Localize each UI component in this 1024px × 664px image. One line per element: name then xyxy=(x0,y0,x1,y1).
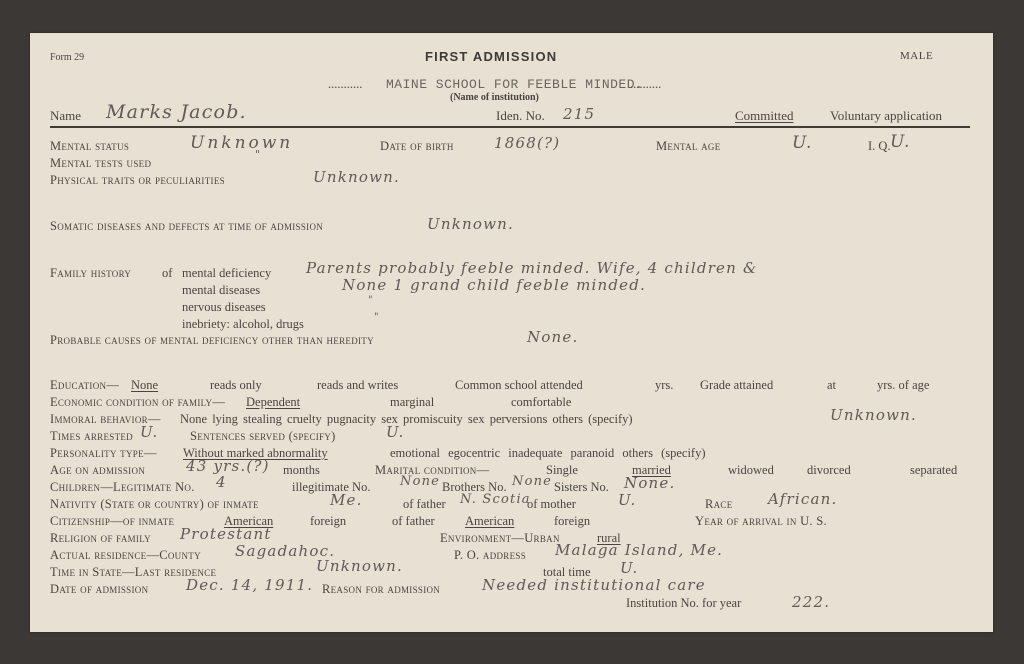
family-history-of: of xyxy=(162,266,172,281)
fh-mental-deficiency-value: Parents probably feeble minded. Wife, 4 … xyxy=(306,259,758,277)
probable-causes-value: None. xyxy=(527,328,578,346)
physical-traits-value: Unknown. xyxy=(313,168,400,186)
religion-value: Protestant xyxy=(180,525,272,543)
children-legit-value: 4 xyxy=(216,473,227,491)
mental-age-value: U. xyxy=(792,133,813,153)
education-common-school: Common school attended xyxy=(455,378,583,393)
immoral-value: Unknown. xyxy=(830,406,917,424)
citizenship-foreign-1: foreign xyxy=(310,514,346,529)
dob-value: 1868(?) xyxy=(494,134,560,152)
citizenship-father-label: of father xyxy=(392,514,435,529)
total-time-value: U. xyxy=(620,559,638,577)
nativity-father-value: N. Scotia xyxy=(460,492,531,507)
somatic-value: Unknown. xyxy=(427,215,514,233)
probable-causes-label: Probable causes of mental deficiency oth… xyxy=(50,333,374,348)
times-arrested-value: U. xyxy=(140,423,158,441)
fh-mental-deficiency-label: mental deficiency xyxy=(182,266,271,281)
institution-dots-left: ........... xyxy=(328,77,362,92)
nativity-inmate-value: Me. xyxy=(330,491,363,509)
year-arrival-label: Year of arrival in U. S. xyxy=(695,514,827,529)
institution-dots-right: .......... xyxy=(630,77,661,92)
education-at: at xyxy=(827,378,836,393)
admission-record-card: Form 29 FIRST ADMISSION MALE ...........… xyxy=(30,33,993,632)
fh-inebriety-label: inebriety: alcohol, drugs xyxy=(182,317,304,332)
sisters-label: Sisters No. xyxy=(554,480,609,495)
institution-no-label: Institution No. for year xyxy=(626,596,741,611)
sisters-value: None. xyxy=(624,474,675,492)
dob-label: Date of birth xyxy=(380,139,454,154)
citizenship-foreign-2: foreign xyxy=(554,514,590,529)
mental-status-value: Unknown xyxy=(190,133,293,153)
brothers-value: None xyxy=(512,474,552,489)
institution-no-value: 222. xyxy=(792,593,830,611)
education-yrs-of-age: yrs. of age xyxy=(877,378,929,393)
name-label: Name xyxy=(50,108,81,124)
fh-inebriety-value: " xyxy=(374,312,380,323)
race-label: Race xyxy=(705,497,733,512)
nativity-label: Nativity (State or country) of inmate xyxy=(50,497,259,512)
personality-options: emotional egocentric inadequate paranoid… xyxy=(390,446,706,461)
header-divider xyxy=(50,126,970,128)
environment-label: Environment—Urban xyxy=(440,531,560,546)
fh-mental-diseases-value: None 1 grand child feeble minded. xyxy=(342,276,646,294)
age-value: 43 yrs.(?) xyxy=(186,457,270,475)
committed-option: Committed xyxy=(735,108,794,124)
nativity-mother-label: of mother xyxy=(527,497,576,512)
economic-dependent: Dependent xyxy=(246,395,300,410)
marital-divorced: divorced xyxy=(807,463,851,478)
age-label: Age on admission xyxy=(50,463,145,478)
marital-widowed: widowed xyxy=(728,463,774,478)
form-number: Form 29 xyxy=(50,52,84,63)
fh-nervous-diseases-label: nervous diseases xyxy=(182,300,266,315)
economic-comfortable: comfortable xyxy=(511,395,571,410)
iq-label: I. Q. xyxy=(868,139,891,154)
times-arrested-label: Times arrested xyxy=(50,429,133,444)
sentences-value: U. xyxy=(386,423,404,441)
reason-label: Reason for admission xyxy=(322,582,440,597)
citizenship-label: Citizenship—of inmate xyxy=(50,514,174,529)
admission-date-value: Dec. 14, 1911. xyxy=(186,576,313,594)
voluntary-option: Voluntary application xyxy=(830,108,942,124)
economic-label: Economic condition of family— xyxy=(50,395,225,410)
somatic-label: Somatic diseases and defects at time of … xyxy=(50,219,323,234)
education-reads-writes: reads and writes xyxy=(317,378,398,393)
religion-label: Religion of family xyxy=(50,531,151,546)
mental-tests-label: Mental tests used xyxy=(50,156,151,171)
citizenship-father-value: American xyxy=(465,514,514,529)
fh-nervous-diseases-value: " xyxy=(368,295,374,306)
immoral-options: None lying stealing cruelty pugnacity se… xyxy=(180,412,633,427)
po-address-label: P. O. address xyxy=(454,548,526,563)
children-label: Children—Legitimate No. xyxy=(50,480,195,495)
education-reads-only: reads only xyxy=(210,378,262,393)
economic-marginal: marginal xyxy=(390,395,434,410)
po-address-value: Malaga Island, Me. xyxy=(555,541,723,559)
document-title: FIRST ADMISSION xyxy=(425,49,557,64)
marital-separated: separated xyxy=(910,463,957,478)
name-value: Marks Jacob. xyxy=(106,101,247,123)
admission-date-label: Date of admission xyxy=(50,582,148,597)
education-label: Education— xyxy=(50,378,119,393)
sex-label: MALE xyxy=(900,50,933,62)
personality-label: Personality type— xyxy=(50,446,157,461)
iden-value: 215 xyxy=(563,105,595,123)
last-residence-value: Unknown. xyxy=(316,557,403,575)
institution-stamp: MAINE SCHOOL FOR FEEBLE MINDED. xyxy=(386,77,643,92)
family-history-label: Family history xyxy=(50,266,131,281)
education-grade-attained: Grade attained xyxy=(700,378,773,393)
nativity-father-label: of father xyxy=(403,497,446,512)
education-yrs: yrs. xyxy=(655,378,673,393)
iq-value: U. xyxy=(890,132,911,152)
months-label: months xyxy=(283,463,320,478)
physical-traits-label: Physical traits or peculiarities xyxy=(50,173,225,188)
fh-mental-diseases-label: mental diseases xyxy=(182,283,260,298)
education-none: None xyxy=(131,378,158,393)
institution-caption: (Name of institution) xyxy=(450,92,539,103)
reason-value: Needed institutional care xyxy=(482,576,706,594)
residence-label: Actual residence—County xyxy=(50,548,201,563)
race-value: African. xyxy=(768,490,837,508)
illegit-value: None xyxy=(400,474,440,489)
nativity-mother-value: U. xyxy=(618,491,636,509)
sentences-label: Sentences served (specify) xyxy=(190,429,336,444)
iden-label: Iden. No. xyxy=(496,108,545,124)
mental-tests-value: " xyxy=(255,148,261,161)
mental-age-label: Mental age xyxy=(656,139,721,154)
mental-status-label: Mental status xyxy=(50,139,129,154)
